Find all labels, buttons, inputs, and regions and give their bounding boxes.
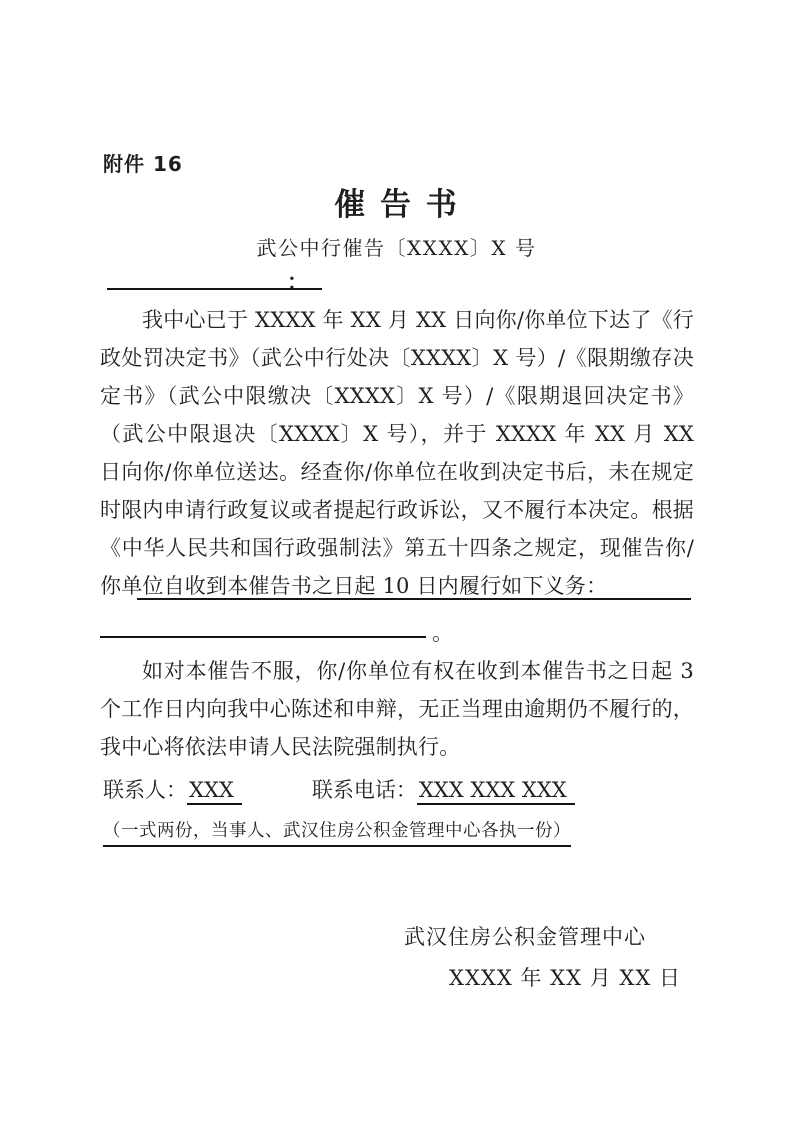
blank-line-period: 。 bbox=[432, 617, 453, 647]
body-paragraph-1: 我中心已于 XXXX 年 XX 月 XX 日向你/你单位下达了《行政处罚决定书》… bbox=[100, 301, 694, 605]
contact-phone-label: 联系电话： bbox=[312, 778, 417, 802]
body-paragraph-2: 如对本催告不服，你/你单位有权在收到本催告书之日起 3 个工作日内向我中心陈述和… bbox=[100, 652, 694, 766]
document-title: 催 告 书 bbox=[0, 179, 793, 224]
addressee-blank-line: ： bbox=[107, 266, 322, 290]
contact-phone-value: XXX XXX XXX bbox=[417, 778, 575, 805]
document-number: 武公中行催告〔XXXX〕X 号 bbox=[0, 232, 793, 261]
signature-organization: 武汉住房公积金管理中心 bbox=[404, 921, 646, 951]
attachment-label: 附件 16 bbox=[103, 148, 183, 177]
contact-person-label: 联系人： bbox=[103, 778, 187, 802]
contact-person-value: XXX bbox=[187, 778, 242, 805]
obligation-blank-line-1 bbox=[137, 578, 691, 600]
copies-note-text: （一式两份，当事人、武汉住房公积金管理中心各执一份） bbox=[103, 817, 571, 847]
addressee-colon: ： bbox=[287, 266, 322, 296]
contact-line: 联系人：XXX联系电话：XXX XXX XXX bbox=[103, 774, 575, 805]
obligation-blank-line-2 bbox=[100, 616, 426, 638]
copies-note-line: （一式两份，当事人、武汉住房公积金管理中心各执一份） bbox=[103, 817, 571, 847]
signature-date: XXXX 年 XX 月 XX 日 bbox=[449, 962, 681, 992]
document-page: 附件 16 催 告 书 武公中行催告〔XXXX〕X 号 ： 我中心已于 XXXX… bbox=[0, 0, 793, 1122]
